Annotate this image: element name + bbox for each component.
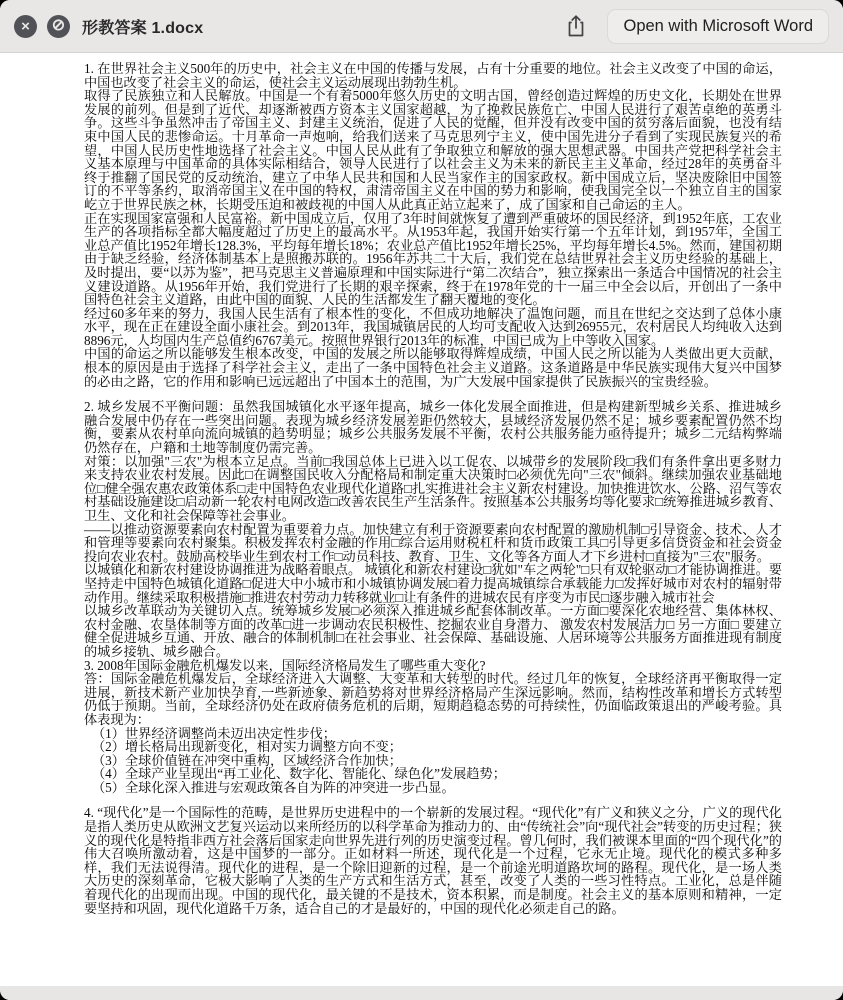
document-scroll-area[interactable]: 1. 在世界社会主义500年的历史中，社会主义在中国的传播与发展，占有十分重要的… [0,53,843,985]
document-page: 1. 在世界社会主义500年的历史中，社会主义在中国的传播与发展，占有十分重要的… [0,53,843,915]
paragraph: 经过60多年来的努力，我国人民生活有了根本性的变化，不但成功地解决了温饱问题，而… [84,307,782,348]
paragraph: 中国的命运之所以能够发生根本改变，中国的发展之所以能够取得辉煌成绩，中国人民之所… [84,347,782,388]
paragraph: 正在实现国家富强和人民富裕。新中国成立后，仅用了3年时间就恢复了遭到严重破坏的国… [84,212,782,307]
paragraph: 取得了民族独立和人民解放。中国是一个有着5000年悠久历史的文明古国，曾经创造过… [84,89,782,211]
open-with-word-button[interactable]: Open with Microsoft Word [607,9,829,44]
close-icon[interactable]: × [14,15,37,38]
title-bar: × ⊘ 形教答案 1.docx Open with Microsoft Word [0,0,843,53]
paragraph: 4. “现代化”是一个国际性的范畴，是世界历史进程中的一个崭新的发展过程。“现代… [84,806,782,915]
share-button[interactable] [563,13,589,39]
paragraph: ——以推动资源要素向农村配置为重要着力点。加快建立有利于资源要素向农村配置的激励… [84,523,782,564]
paragraph: 对策：以加强"三农"为根本立足点。当前□我国总体上已进入以工促农、以城带乡的发展… [84,455,782,523]
paragraph: 答：国际金融危机爆发后，全球经济进入大调整、大变革和大转型的时代。经过几年的恢复… [84,672,782,726]
paragraph: 以城镇化和新农村建设协调推进为战略着眼点。 城镇化和新农村建设□犹如"车之两轮"… [84,563,782,604]
window-bottom-edge [0,986,843,1000]
document-title: 形教答案 1.docx [82,15,203,38]
paragraph: 2. 城乡发展不平衡问题：虽然我国城镇化水平逐年提高，城乡一体化发展全面推进，但… [84,400,782,454]
quicklook-window: × ⊘ 形教答案 1.docx Open with Microsoft Word… [0,0,843,1000]
list-item: （5）全球化深入推进与宏观政策各自为阵的冲突进一步凸显。 [84,781,782,795]
blocked-icon[interactable]: ⊘ [47,15,70,38]
paragraph: 1. 在世界社会主义500年的历史中，社会主义在中国的传播与发展，占有十分重要的… [84,62,782,89]
paragraph: 以城乡改革联动为关键切入点。统筹城乡发展□必须深入推进城乡配套体制改革。一方面□… [84,604,782,658]
share-icon [565,14,587,38]
list-item: （2）增长格局出现新变化，相对实力调整方向不变； [84,740,782,754]
list-item: （4）全球产业呈现出“再工业化、数字化、智能化、绿色化”发展趋势； [84,767,782,781]
